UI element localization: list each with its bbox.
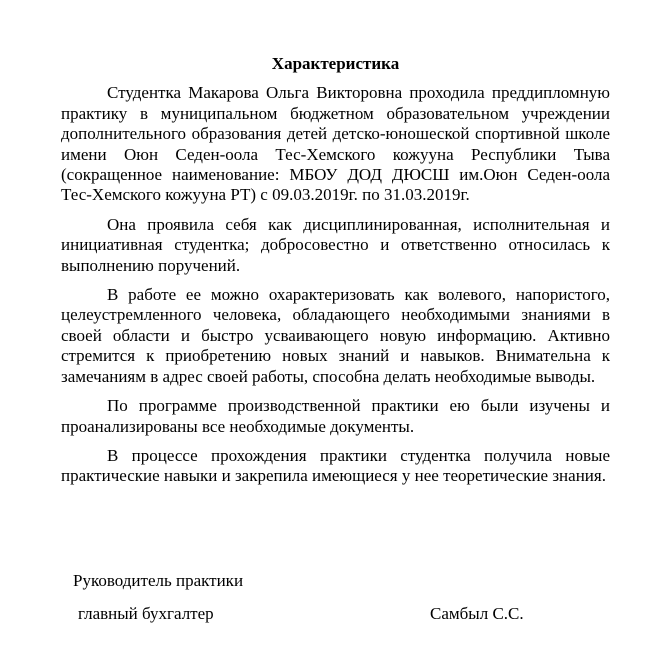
document-title: Характеристика xyxy=(61,54,610,74)
signature-role-label: Руководитель практики xyxy=(61,571,610,591)
document-page: Характеристика Студентка Макарова Ольга … xyxy=(0,0,646,672)
paragraph-skills-gained: В процессе прохождения практики студентк… xyxy=(61,446,610,487)
signature-name: Самбыл С.С. xyxy=(430,604,524,624)
signature-row: главный бухгалтер Самбыл С.С. xyxy=(61,604,610,624)
paragraph-internship-overview: Студентка Макарова Ольга Викторовна прох… xyxy=(61,83,610,205)
paragraph-work-characterization: В работе ее можно охарактеризовать как в… xyxy=(61,285,610,387)
paragraph-documents-studied: По программе производственной практики е… xyxy=(61,396,610,437)
paragraph-personal-qualities: Она проявила себя как дисциплинированная… xyxy=(61,215,610,276)
signature-block: Руководитель практики главный бухгалтер … xyxy=(61,571,610,625)
signature-position-label: главный бухгалтер xyxy=(61,604,214,624)
